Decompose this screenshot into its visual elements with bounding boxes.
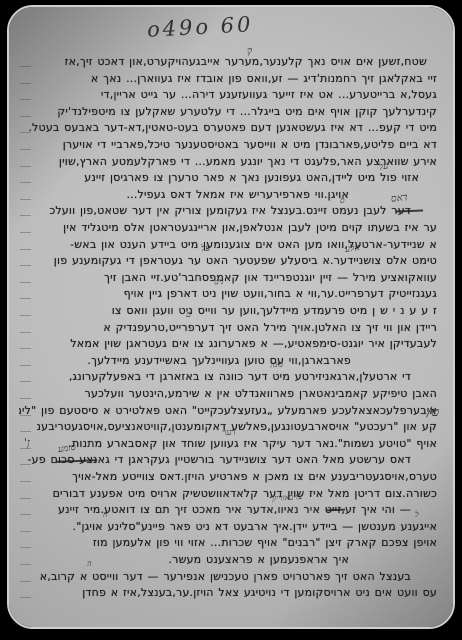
photo-frame: o49o 60 שטח,זשען אים אויס נאך קלענער,מער… (7, 5, 455, 629)
typed-line-11: ער איז בשעתו קוים מיטן לעבן אנטלאפן,און … (19, 221, 437, 236)
typed-line-18: לעבעדיקן איר יוגנט-סימפאטיע,— א פארערונג… (19, 337, 437, 352)
typed-line-32: בענצל האט זיך פארטרויט פארן טעכנישן אנפי… (19, 570, 437, 585)
typed-line-29: אייגענע מענטשן — ביידע יידן.איך ארבעט דא… (19, 520, 437, 535)
document-page: o49o 60 שטח,זשען אים אויס נאך קלענער,מער… (9, 7, 453, 627)
typed-line-17: ריידן און ווי זיך צו האלטן.אויך מירל האט… (19, 321, 437, 336)
typed-line-13: טימט אלס צושניידער.א ביסעלע שפעטער האט ע… (19, 254, 437, 269)
typed-line-10: דער לעבן נעמט זיינס.בענצל איז געקומען צו… (19, 204, 437, 219)
typed-line-6: דא ביים פליטע,פארבונדן מיט א ווייסער באט… (19, 138, 437, 153)
typed-line-33: עס וועט אים ניט ארויסקומען די נויטיגע צא… (19, 586, 437, 601)
typed-line-14: עוואקואציע מירל — זיין יוגנטפריינד און ק… (19, 271, 437, 286)
typed-line-19: פארבארגן,ווי עס טוען געוויינלעך באשיידענ… (19, 354, 437, 369)
typed-line-9: אויגן.ווי פארפירעריש איז אמאל דאס געפיל.… (19, 188, 437, 203)
typed-line-15: געגנזייטיק דערפרייט.ער,ווי א בחור,וועט ש… (19, 287, 437, 302)
typed-line-5: מיט די קעפ... דא איז געשטאנען דעם פאטערס… (19, 121, 437, 136)
typed-line-28: — והי איך זע,זייט איר נאיוו,אדער איר מאכ… (19, 503, 437, 518)
typed-line-1: שטח,זשען אים אויס נאך קלענער,מערער אייבג… (19, 55, 437, 70)
typed-line-23: קע און "רעכטע" אויסארבעטונגען,פאלשע דאקו… (19, 420, 437, 435)
typed-line-4: קינדערלעך קוקן אויף אים מיט בייגלר... די… (19, 105, 437, 120)
typed-line-27: כשורה.צום דריטן מאל איז שוין דער קלאדאוו… (19, 487, 437, 502)
typed-line-12: א שניידער-ארטעל,וואו מען האט אים צוגענומ… (19, 238, 437, 253)
typed-text-block: שטח,זשען אים אויס נאך קלענער,מערער אייבג… (9, 7, 453, 627)
typed-line-20: די ארטעלן,ארגאניזירטע מיט דער כוונה צו ב… (19, 370, 437, 385)
typed-line-22: איבערפלעכאצאלעכע פארמעלע „געזעצלעכקייט" … (19, 404, 437, 419)
typed-line-2: זיי באקלאגן זיך רחמנות'דיג — זע,וואס פון… (19, 72, 437, 87)
typed-line-7: אירע שווארצע האר,פלעגט די נאך יונגע מאמע… (19, 155, 437, 170)
typed-line-31: איך אראפנעמען א פראצענט מעשר. (19, 553, 437, 568)
typed-line-24: אויף "טויטע נשמות".נאר דער עיקר איז געוו… (19, 437, 437, 452)
typed-line-25: דאס ערשטע מאל האט דער צושניידער בורשטיין… (19, 453, 437, 468)
typed-line-30: אויפן צפכם קארק זיצן "רבנים" אויף שכרות.… (19, 536, 437, 551)
photo-of-document: o49o 60 שטח,זשען אים אויס נאך קלענער,מער… (0, 0, 462, 640)
typed-line-26: טערס,אויסגעטריבענע אים צו מאכן א פארטיע … (19, 470, 437, 485)
typed-line-3: געסל,א ברייטערע... אט איז זייער געוועזענ… (19, 88, 437, 103)
typed-line-21: האבן טיפיקע קאמבינאטארן פארוואנדלט אין א… (19, 387, 437, 402)
typed-line-8: אזוי פול מיט ליידן,האט געפונען נאך א פאר… (19, 171, 437, 186)
typed-line-16: ז ע ע נ י ש ן מיט פרעמדע מיידלעך,ווען ער… (19, 304, 437, 319)
